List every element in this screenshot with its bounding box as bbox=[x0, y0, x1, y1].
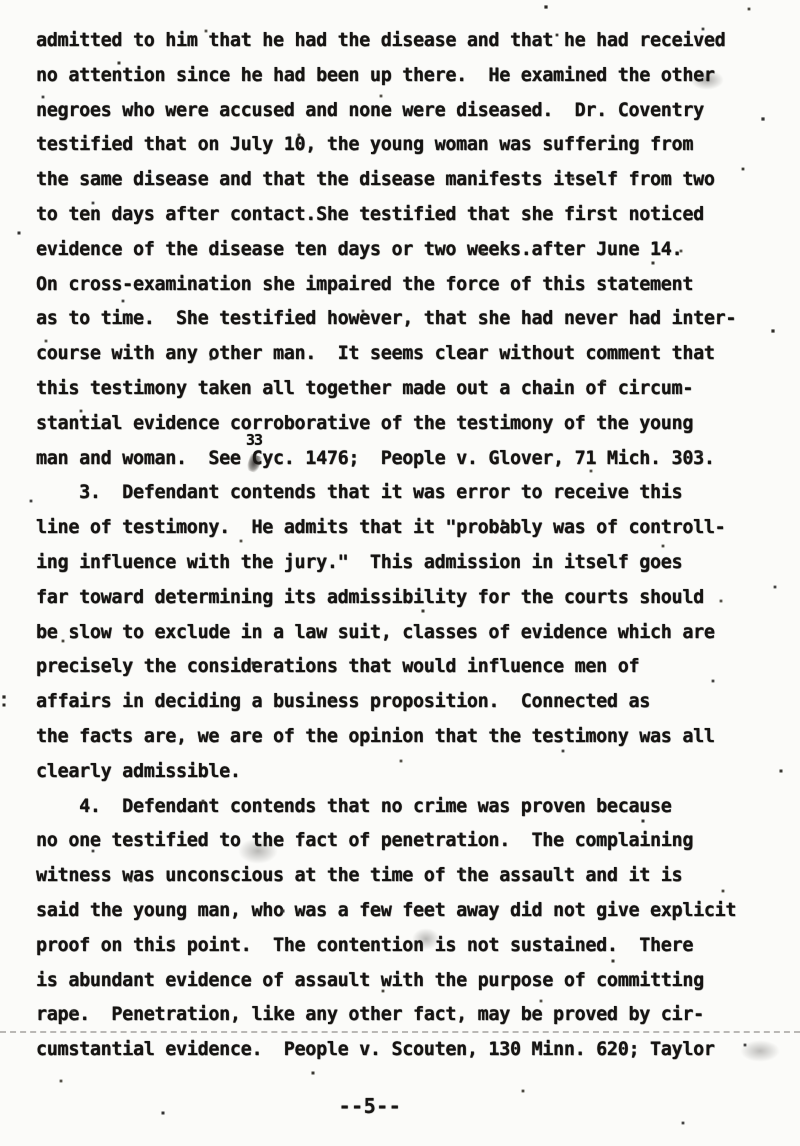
text-line: precisely the considerations that would … bbox=[36, 650, 776, 685]
text-line: line of testimony. He admits that it "pr… bbox=[36, 511, 776, 546]
text-line: witness was unconscious at the time of t… bbox=[36, 859, 776, 894]
text-line: testified that on July 10, the young wom… bbox=[36, 128, 776, 163]
text-line: be slow to exclude in a law suit, classe… bbox=[36, 616, 776, 651]
text-line: course with any other man. It seems clea… bbox=[36, 337, 776, 372]
text-line-citation: man and woman. See Cyc. 1476; People v. … bbox=[36, 442, 776, 477]
text-line: proof on this point. The contention is n… bbox=[36, 929, 776, 964]
interlineation-volume-number: 33 bbox=[246, 431, 262, 449]
text-line-paragraph-4-start: 4. Defendant contends that no crime was … bbox=[36, 790, 776, 825]
text-line: to ten days after contact.She testified … bbox=[36, 198, 776, 233]
text-line-paragraph-3-start: 3. Defendant contends that it was error … bbox=[36, 476, 776, 511]
text-line: the same disease and that the disease ma… bbox=[36, 163, 776, 198]
text-line: no one testified to the fact of penetrat… bbox=[36, 824, 776, 859]
text-line: stantial evidence corroborative of the t… bbox=[36, 407, 776, 442]
page-number: --5-- bbox=[300, 1094, 440, 1118]
text-line: ing influence with the jury." This admis… bbox=[36, 546, 776, 581]
text-line: far toward determining its admissibility… bbox=[36, 581, 776, 616]
scanned-page: admitted to him that he had the disease … bbox=[0, 0, 800, 1146]
scan-artifact-dashed-line bbox=[0, 1031, 800, 1033]
text-line: the facts are, we are of the opinion tha… bbox=[36, 720, 776, 755]
text-line: said the young man, who was a few feet a… bbox=[36, 894, 776, 929]
text-line-citation: cumstantial evidence. People v. Scouten,… bbox=[36, 1033, 776, 1068]
text-line: no attention since he had been up there.… bbox=[36, 59, 776, 94]
text-line: evidence of the disease ten days or two … bbox=[36, 233, 776, 268]
text-line: affairs in deciding a business propositi… bbox=[36, 685, 776, 720]
text-line: as to time. She testified however, that … bbox=[36, 302, 776, 337]
scan-noise-speckles bbox=[0, 0, 2, 2]
typewritten-text-block: admitted to him that he had the disease … bbox=[36, 24, 776, 1068]
text-line: is abundant evidence of assault with the… bbox=[36, 964, 776, 999]
text-line: On cross-examination she impaired the fo… bbox=[36, 268, 776, 303]
text-line: rape. Penetration, like any other fact, … bbox=[36, 998, 776, 1033]
text-line: this testimony taken all together made o… bbox=[36, 372, 776, 407]
text-line: negroes who were accused and none were d… bbox=[36, 94, 776, 129]
text-line: admitted to him that he had the disease … bbox=[36, 24, 776, 59]
text-line: clearly admissible. bbox=[36, 755, 776, 790]
